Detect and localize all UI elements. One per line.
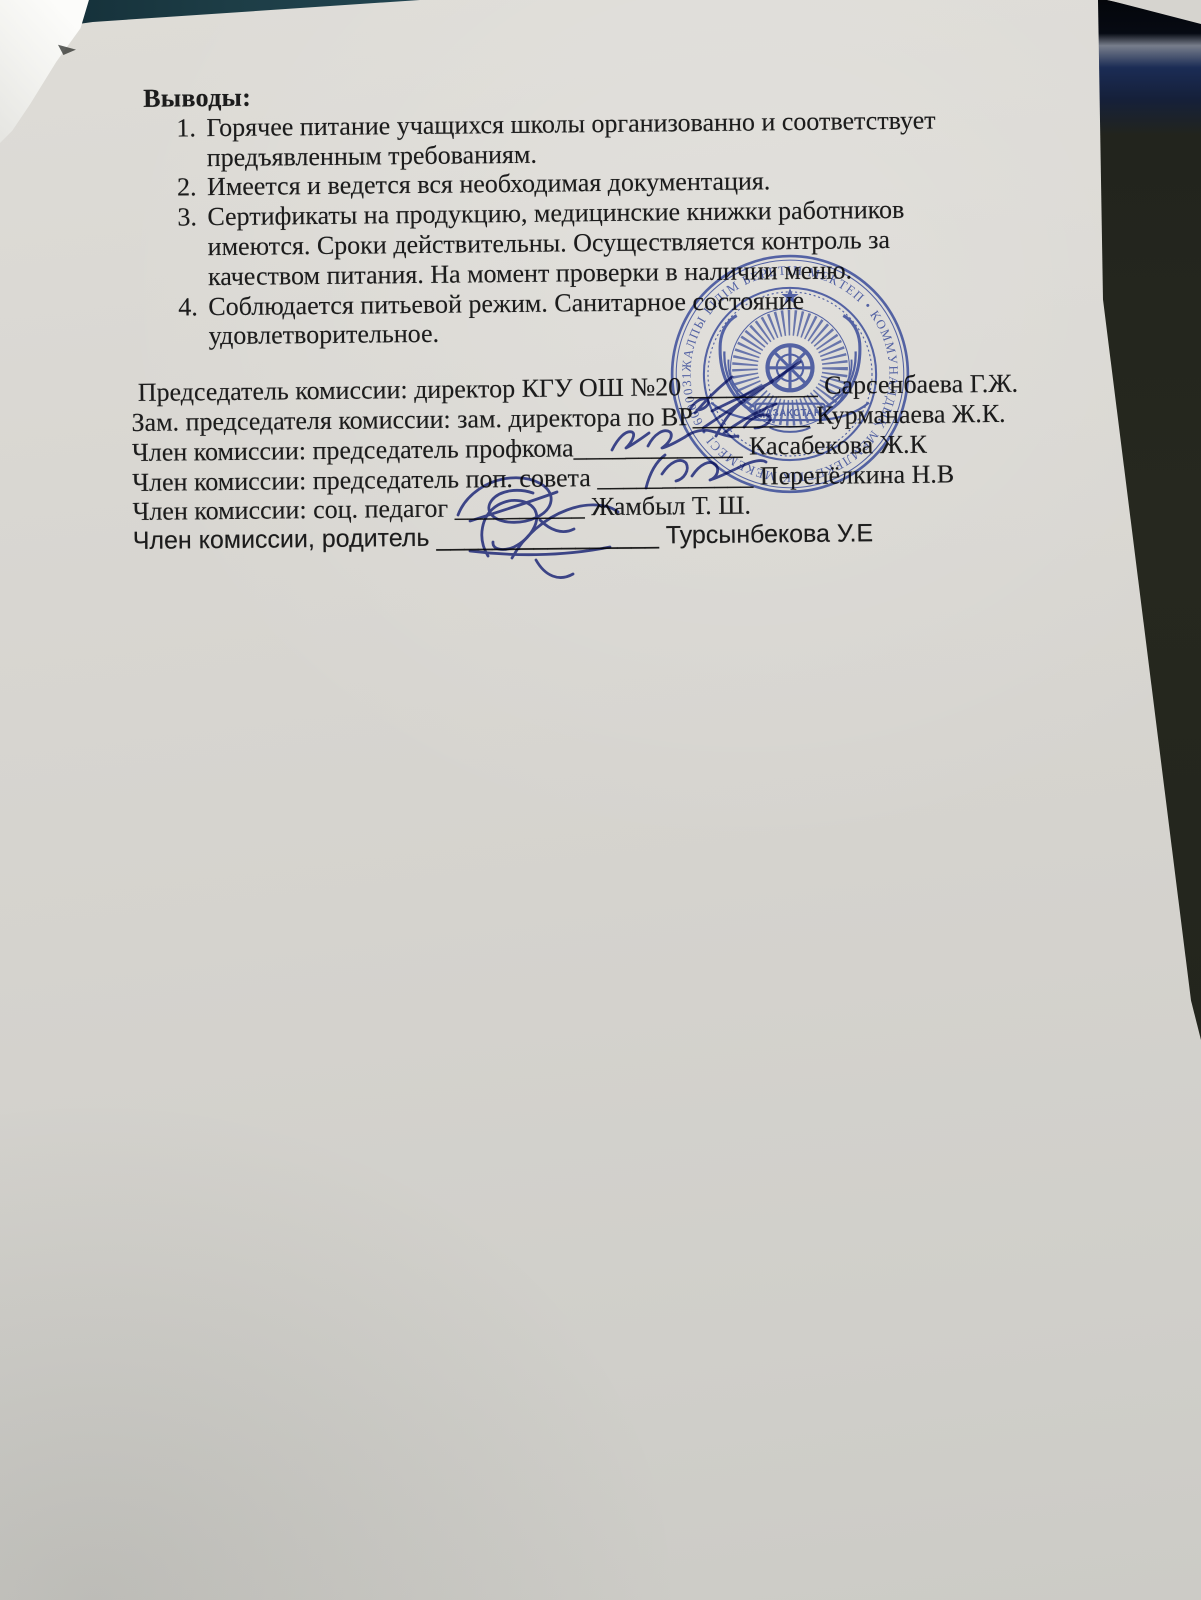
official-round-stamp: ЖАЛПЫ БІЛІМ БЕРЕТІН МЕКТЕП • КОММУНАЛДЫҚ…: [667, 253, 913, 499]
list-item: 4. Соблюдается питьевой режим. Санитарно…: [130, 283, 1091, 353]
list-item: 3. Сертификаты на продукцию, медицинские…: [129, 193, 1090, 292]
conclusions-list: 1. Горячее питание учащихся школы органи…: [128, 104, 1090, 352]
emblem-shanyrak: [767, 345, 812, 390]
document-content: Выводы: 1. Горячее питание учащихся школ…: [128, 74, 1093, 557]
signature-block: Председатель комиссии: директор КГУ ОШ №…: [131, 368, 1093, 557]
photo-of-document: Выводы: 1. Горячее питание учащихся школ…: [0, 0, 1201, 1600]
emblem-star: [781, 288, 798, 304]
list-item-text: Горячее питание учащихся школы организов…: [206, 105, 936, 172]
list-item: 1. Горячее питание учащихся школы органи…: [128, 104, 1089, 174]
emblem-banner-text: ҚАЗАҚСТАН: [759, 408, 822, 419]
list-item-number: 3.: [177, 202, 208, 292]
kazakhstan-emblem: ҚАЗАҚСТАН: [711, 288, 869, 432]
list-item-number: 1.: [176, 113, 207, 173]
list-item-number: 2.: [177, 173, 207, 203]
list-item-number: 4.: [178, 292, 209, 352]
